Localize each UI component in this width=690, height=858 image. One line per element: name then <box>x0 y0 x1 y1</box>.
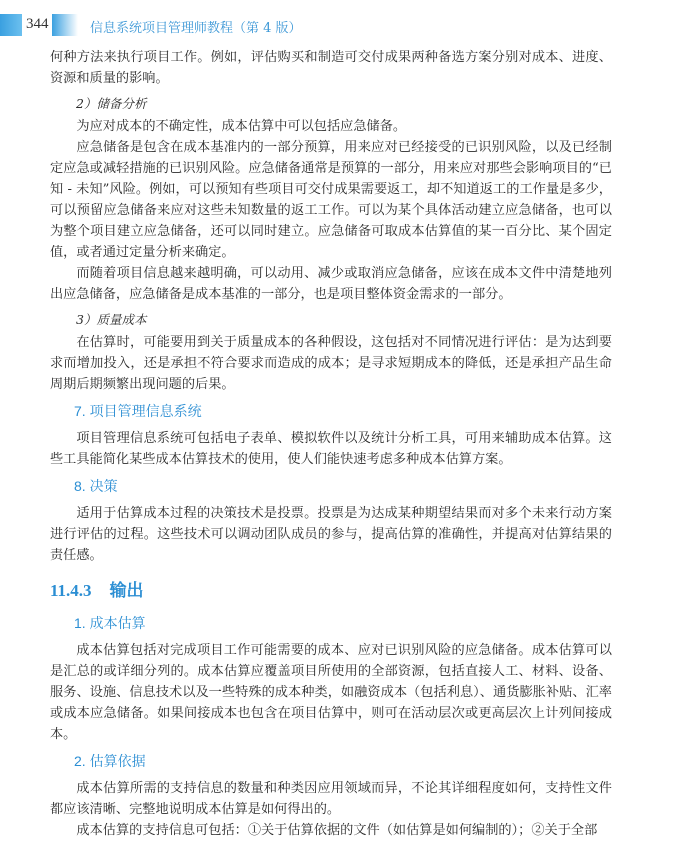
section-number: 11.4.3 <box>50 581 92 600</box>
heading-basis-of-estimates: 2. 估算依据 <box>50 751 612 772</box>
page-content: 何种方法来执行项目工作。例如，评估购买和制造可交付成果两种备选方案分别对成本、进… <box>50 47 612 841</box>
paragraph: 在估算时，可能要用到关于质量成本的各种假设，这包括对不同情况进行评估：是为达到要… <box>50 332 612 395</box>
section-title: 输出 <box>110 581 144 600</box>
page-number: 344 <box>26 16 49 33</box>
paragraph: 项目管理信息系统可包括电子表单、模拟软件以及统计分析工具，可用来辅助成本估算。这… <box>50 428 612 470</box>
paragraph: 为应对成本的不确定性，成本估算中可以包括应急储备。 <box>50 116 612 137</box>
heading-pmis: 7. 项目管理信息系统 <box>50 401 612 422</box>
page-header: 344 信息系统项目管理师教程（第 4 版） <box>0 14 690 36</box>
header-accent-bar-right <box>52 14 78 36</box>
subheading-cost-of-quality: 3）质量成本 <box>50 309 612 330</box>
paragraph: 成本估算的支持信息可包括：①关于估算依据的文件（如估算是如何编制的）；②关于全部 <box>50 820 612 841</box>
heading-decision: 8. 决策 <box>50 476 612 497</box>
section-heading-outputs: 11.4.3输出 <box>50 580 612 601</box>
paragraph: 成本估算所需的支持信息的数量和种类因应用领域而异，不论其详细程度如何，支持性文件… <box>50 778 612 820</box>
paragraph-intro: 何种方法来执行项目工作。例如，评估购买和制造可交付成果两种备选方案分别对成本、进… <box>50 47 612 89</box>
paragraph: 应急储备是包含在成本基准内的一部分预算，用来应对已经接受的已识别风险，以及已经制… <box>50 137 612 263</box>
subheading-reserve-analysis: 2）储备分析 <box>50 93 612 114</box>
paragraph: 适用于估算成本过程的决策技术是投票。投票是为达成某种期望结果而对多个未来行动方案… <box>50 503 612 566</box>
heading-cost-estimates: 1. 成本估算 <box>50 613 612 634</box>
paragraph: 而随着项目信息越来越明确，可以动用、减少或取消应急储备，应该在成本文件中清楚地列… <box>50 263 612 305</box>
header-accent-bar-left <box>0 14 22 36</box>
book-title: 信息系统项目管理师教程（第 4 版） <box>90 17 302 36</box>
paragraph: 成本估算包括对完成项目工作可能需要的成本、应对已识别风险的应急储备。成本估算可以… <box>50 640 612 745</box>
